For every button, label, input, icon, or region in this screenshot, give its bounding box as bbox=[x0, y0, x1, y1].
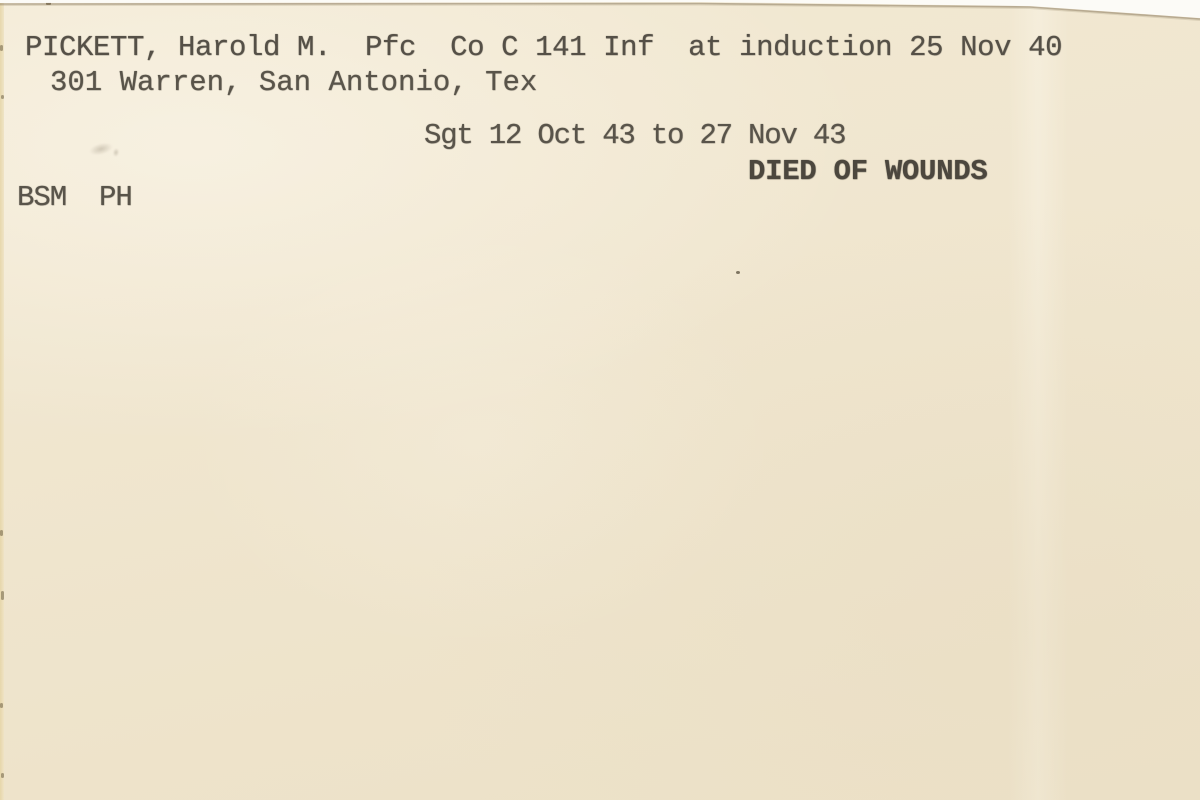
card-left-cut-edge bbox=[0, 3, 4, 800]
paper-speck bbox=[0, 45, 3, 51]
awards-line: BSM PH bbox=[17, 183, 132, 212]
pencil-smudge bbox=[111, 146, 121, 158]
paper-speck bbox=[0, 530, 3, 536]
address-line: 301 Warren, San Antonio, Tex bbox=[50, 68, 537, 97]
paper-speck bbox=[0, 703, 3, 708]
paper-speck bbox=[1, 591, 4, 600]
paper-speck bbox=[1, 773, 4, 778]
promotion-line: Sgt 12 Oct 43 to 27 Nov 43 bbox=[424, 121, 845, 150]
index-card: PICKETT, Harold M. Pfc Co C 141 Inf at i… bbox=[0, 0, 1200, 800]
scanned-card-background: PICKETT, Harold M. Pfc Co C 141 Inf at i… bbox=[0, 0, 1200, 800]
paper-speck bbox=[736, 271, 740, 274]
name-rank-line: PICKETT, Harold M. Pfc Co C 141 Inf at i… bbox=[25, 33, 1062, 62]
paper-speck bbox=[46, 1, 51, 5]
death-status-line: DIED OF WOUNDS bbox=[748, 157, 987, 186]
paper-speck bbox=[1, 95, 4, 99]
